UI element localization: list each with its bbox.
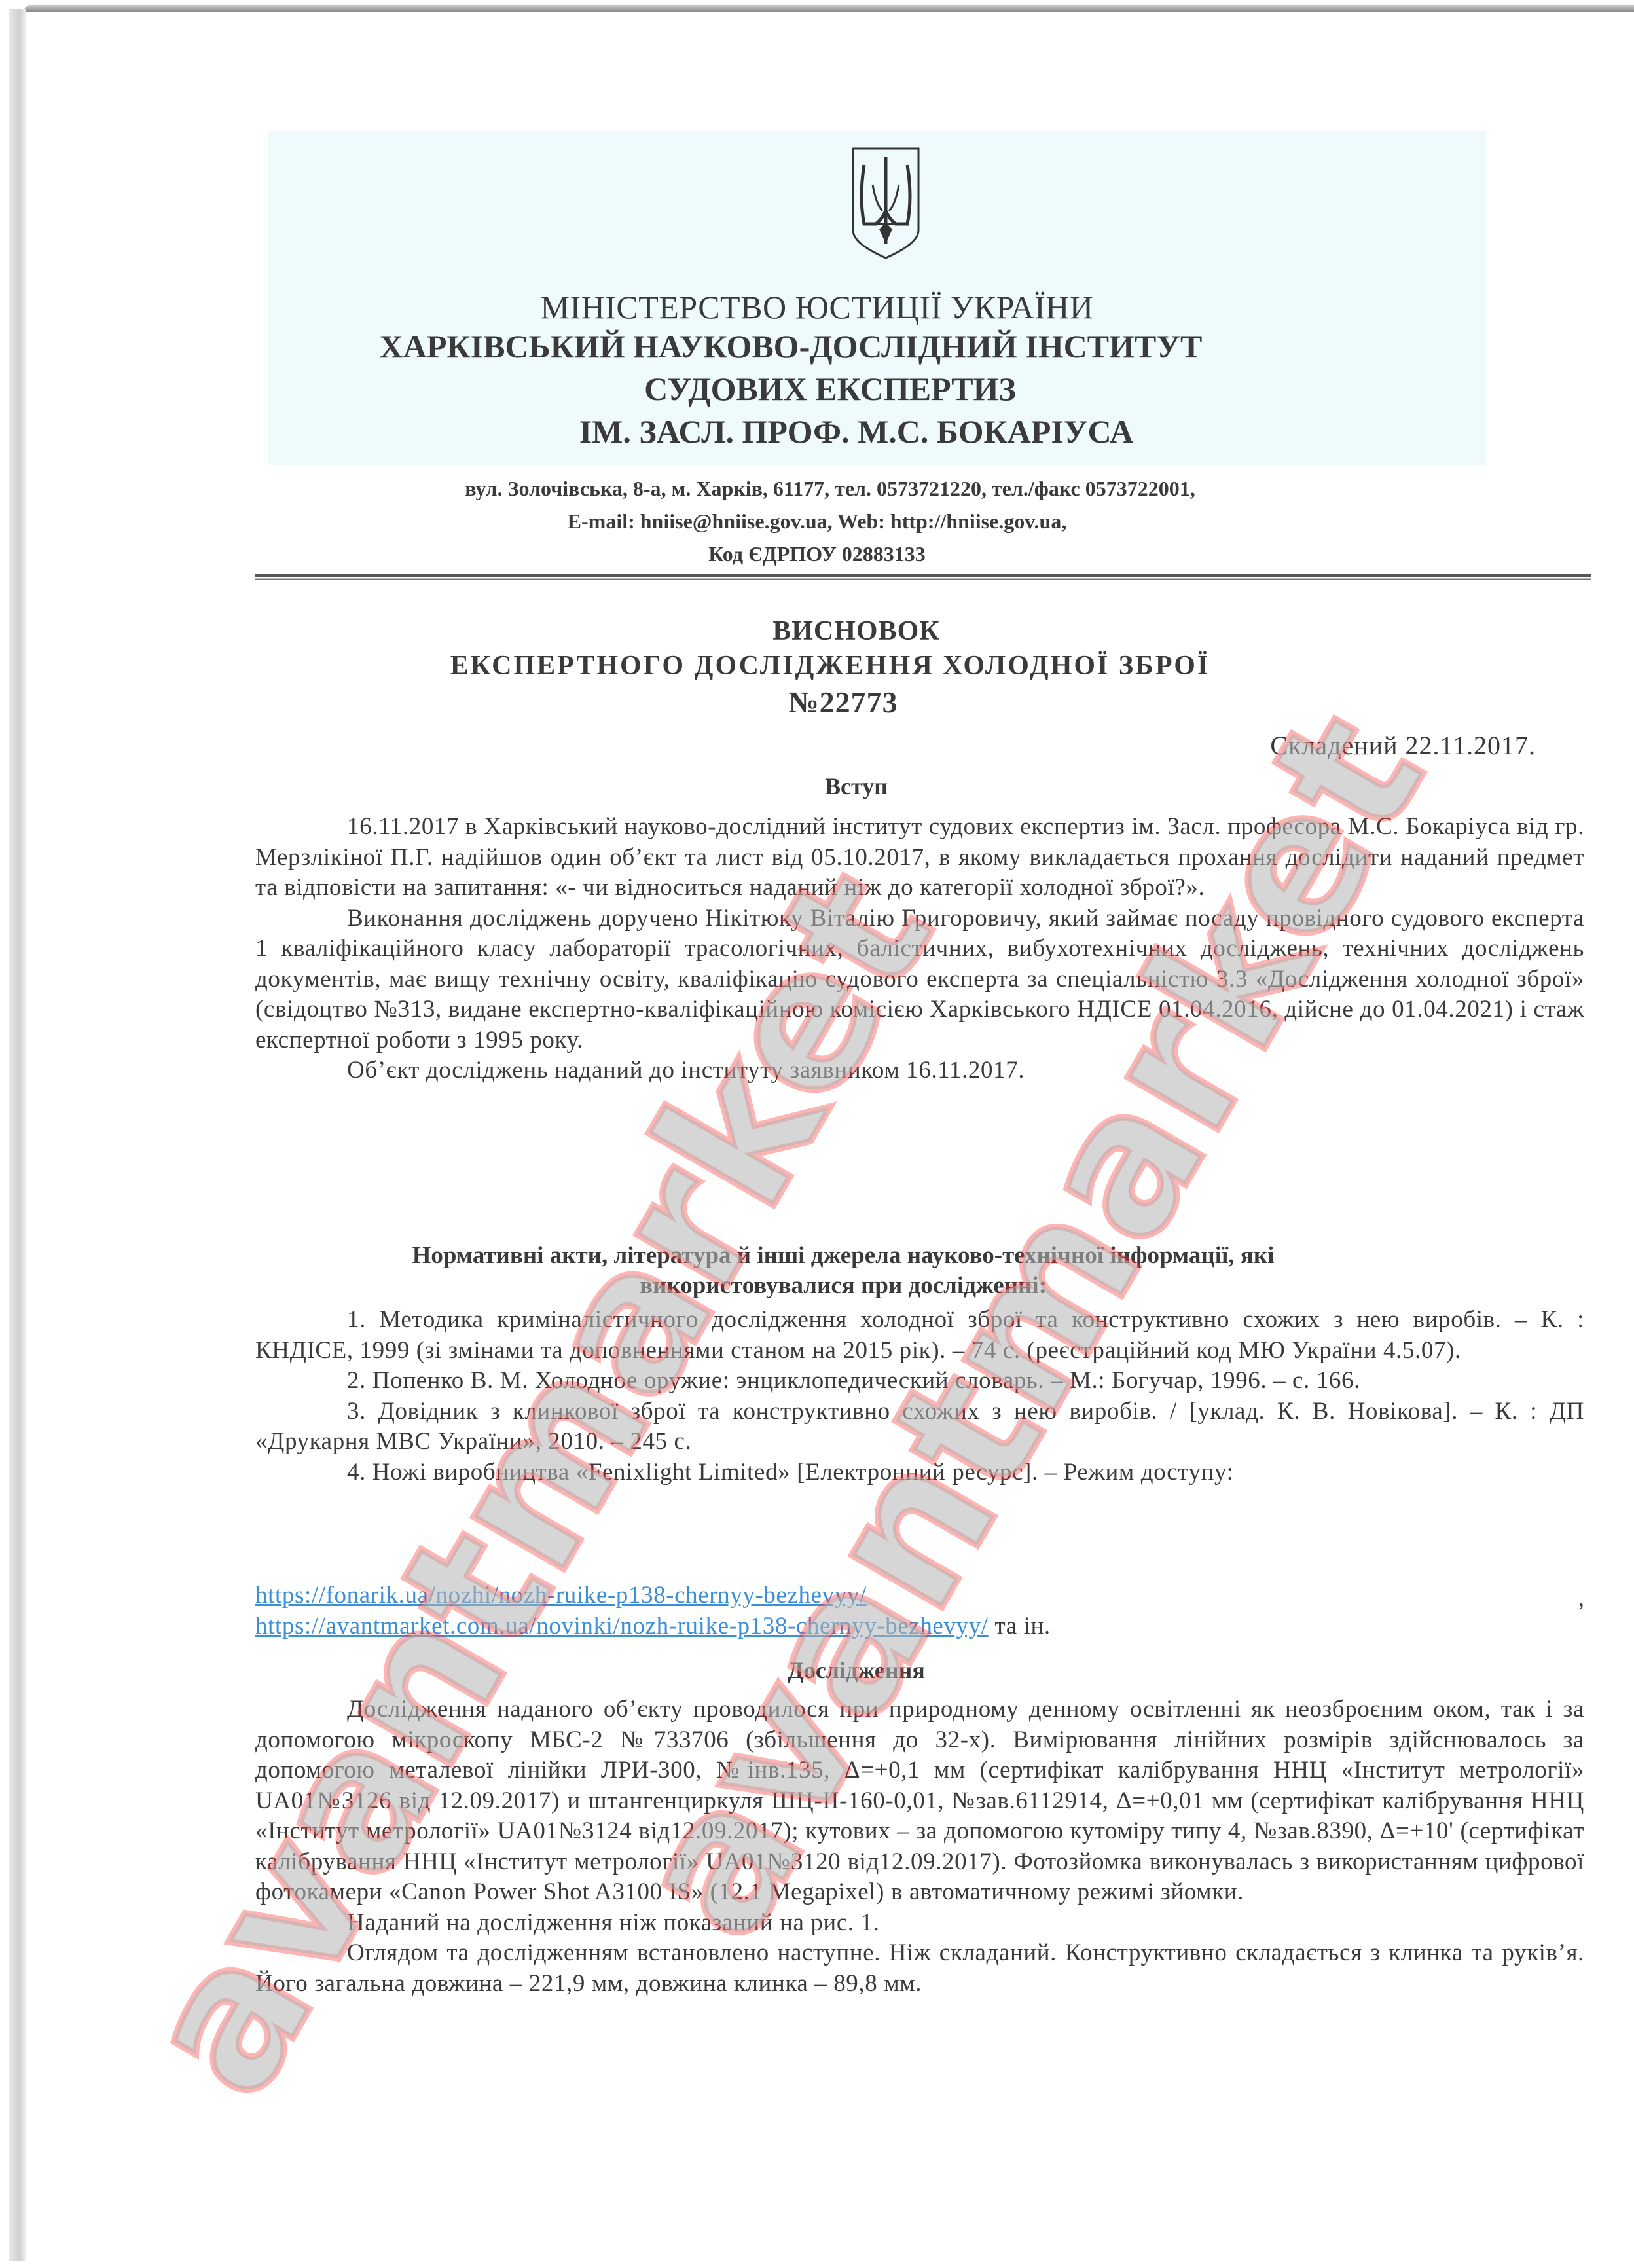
section-heading-references: Нормативні акти, література й інші джере… [26,1241,1634,1301]
reference-item: 1. Методика криміналістичного дослідженн… [255,1305,1584,1366]
document-number: №22773 [26,685,1634,720]
reference-link-avantmarket[interactable]: https://avantmarket.com.ua/novinki/nozh-… [255,1613,989,1639]
reference-link-row: https://avantmarket.com.ua/novinki/nozh-… [255,1611,1584,1642]
intro-paragraph: Об’єкт досліджень наданий до інституту з… [255,1055,1584,1086]
section-heading-intro: Вступ [39,773,1634,800]
research-paragraph: Наданий на дослідження ніж показаний на … [255,1908,1584,1939]
institute-name-line1: ХАРКІВСЬКИЙ НАУКОВО-ДОСЛІДНИЙ ІНСТИТУТ [0,327,1608,365]
reference-item: 4. Ножі виробництва «Fenixlight Limited»… [255,1457,1584,1488]
institute-name-line3: ІМ. ЗАСЛ. ПРОФ. М.С. БОКАРІУСА [39,412,1634,450]
reference-link-row: https://fonarik.ua/nozhi/nozh-ruike-p138… [255,1581,1584,1611]
section-heading-research: Дослідження [39,1656,1634,1684]
intro-section: 16.11.2017 в Харківський науково-дослідн… [255,812,1584,1086]
intro-paragraph: 16.11.2017 в Харківський науково-дослідн… [255,812,1584,904]
reference-item: 3. Довідник з клинкової зброї та констру… [255,1397,1584,1457]
references-heading-line1: Нормативні акти, література й інші джере… [26,1241,1634,1271]
institute-edrpou-code: Код ЄДРПОУ 02883133 [0,542,1634,566]
references-heading-line2: використовувалися при дослідженні: [26,1271,1634,1301]
institute-contacts: E-mail: hniise@hniise.gov.ua, Web: http:… [0,509,1634,534]
header-divider [255,574,1591,580]
tryzub-coat-of-arms-icon [850,145,922,260]
institute-address: вул. Золочівська, 8-а, м. Харків, 61177,… [13,477,1634,501]
reference-link-fonarik[interactable]: https://fonarik.ua/nozhi/nozh-ruike-p138… [255,1582,867,1609]
ministry-name: МІНІСТЕРСТВО ЮСТИЦІЇ УКРАЇНИ [0,288,1634,326]
references-list: 1. Методика криміналістичного дослідженн… [255,1305,1584,1488]
composed-date: Складений 22.11.2017. [1270,730,1536,761]
reference-links: https://fonarik.ua/nozhi/nozh-ruike-p138… [255,1581,1584,1641]
research-section: Дослідження наданого об’єкту проводилося… [255,1694,1584,1999]
reference-item: 2. Попенко В. М. Холодное оружие: энцикл… [255,1366,1584,1397]
institute-name-line2: СУДОВИХ ЕКСПЕРТИЗ [13,370,1634,408]
document-page: МІНІСТЕРСТВО ЮСТИЦІЇ УКРАЇНИ ХАРКІВСЬКИЙ… [0,0,1634,2268]
research-paragraph: Дослідження наданого об’єкту проводилося… [255,1694,1584,1908]
intro-paragraph: Виконання досліджень доручено Нікітюку В… [255,904,1584,1056]
reference-link-suffix: та ін. [995,1613,1051,1639]
reference-link1-comma: , [1578,1584,1584,1613]
document-title: ВИСНОВОК [39,615,1634,647]
research-paragraph: Оглядом та дослідженням встановлено наст… [255,1938,1584,1999]
document-subtitle: ЕКСПЕРТНОГО ДОСЛІДЖЕННЯ ХОЛОДНОЇ ЗБРОЇ [13,650,1634,682]
